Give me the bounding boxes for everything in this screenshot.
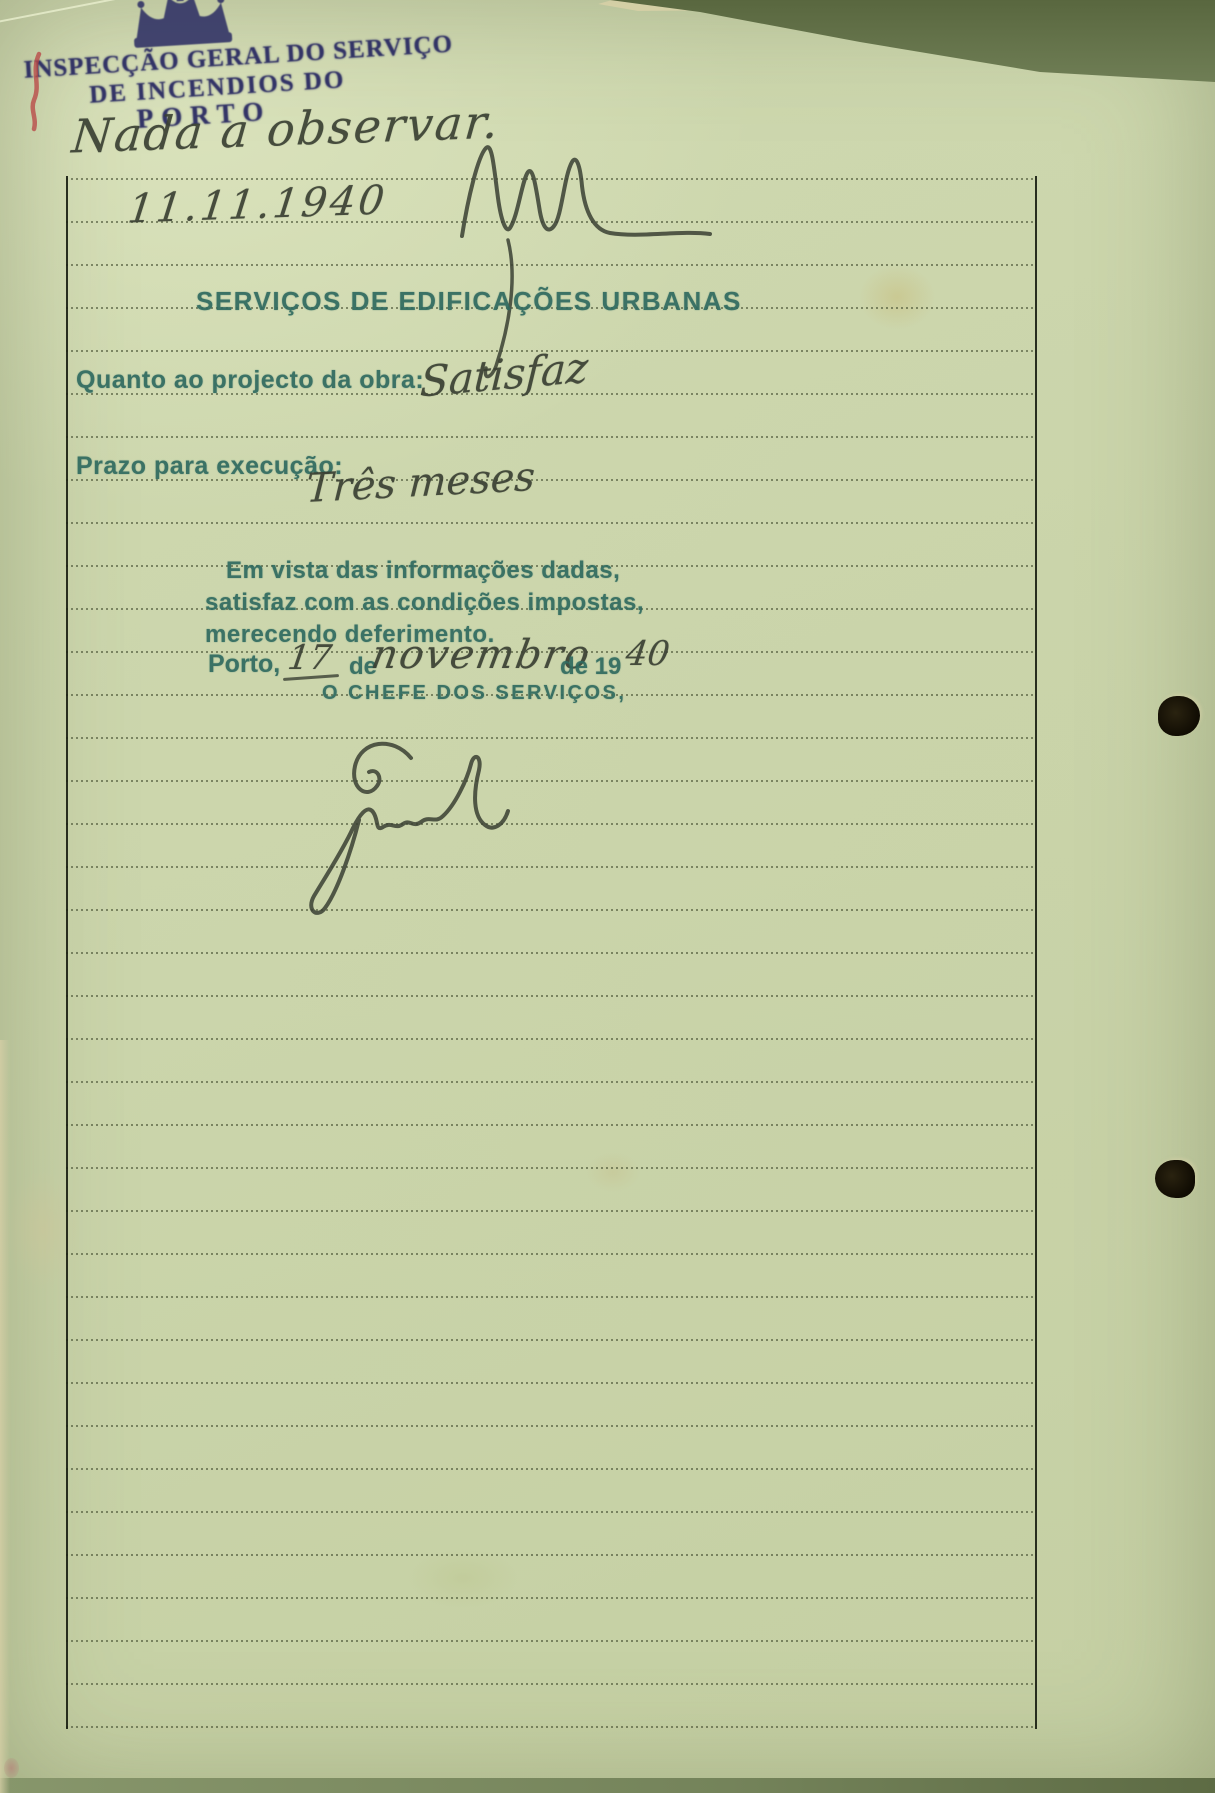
right-margin-line	[1035, 176, 1037, 1729]
left-margin-line	[66, 176, 68, 1729]
section-title: SERVIÇOS DE EDIFICAÇÕES URBANAS	[196, 286, 742, 317]
ruled-line	[66, 1253, 1036, 1255]
ruled-line	[66, 909, 1036, 911]
ruled-line	[66, 1124, 1036, 1126]
ruled-line	[66, 737, 1036, 739]
ruled-line	[66, 1554, 1036, 1556]
ruled-line	[66, 1081, 1036, 1083]
red-pen-mark	[26, 50, 48, 134]
decision-line-1: Em vista das informações dadas,	[226, 557, 620, 585]
date-day-handwritten: 17	[285, 638, 334, 678]
ruled-line	[66, 1296, 1036, 1298]
field-deadline-label: Prazo para execução:	[76, 452, 343, 481]
ruled-line	[66, 1726, 1036, 1728]
chief-signature	[293, 732, 533, 932]
ruled-line	[66, 1640, 1036, 1642]
date-year-prefix-label: de 19	[560, 653, 621, 681]
ruled-line	[66, 1511, 1036, 1513]
ruled-line	[66, 1468, 1036, 1470]
ruled-line	[66, 995, 1036, 997]
date-place-label: Porto,	[208, 650, 280, 679]
ruled-line	[66, 1210, 1036, 1212]
ruled-line	[66, 952, 1036, 954]
ruled-line	[66, 522, 1036, 524]
backing-paper-left	[0, 1040, 10, 1793]
ruled-line	[66, 1382, 1036, 1384]
ruled-line	[66, 1597, 1036, 1599]
chief-signoff-label: O CHEFE DOS SERVIÇOS,	[322, 682, 626, 705]
scanned-form-page: INSPECÇÃO GERAL DO SERVIÇO DE INCENDIOS …	[0, 0, 1215, 1793]
ruled-line	[66, 1683, 1036, 1685]
ruled-line	[66, 780, 1036, 782]
ruled-line	[66, 1167, 1036, 1169]
ruled-line	[66, 1038, 1036, 1040]
date-year-handwritten: 40	[623, 634, 672, 674]
punch-hole	[1155, 1160, 1195, 1198]
decision-line-2: satisfaz com as condições impostas,	[205, 589, 644, 617]
backing-paper-bottom	[0, 1778, 1215, 1793]
ruled-line	[66, 436, 1036, 438]
handwritten-note-date: 11.11.1940	[125, 177, 390, 232]
ruled-line	[66, 1425, 1036, 1427]
ruled-line	[66, 823, 1036, 825]
ruled-line	[66, 1339, 1036, 1341]
field-project-label: Quanto ao projecto da obra:	[76, 366, 424, 395]
ruled-line	[66, 866, 1036, 868]
paper-fleck	[4, 1758, 19, 1778]
